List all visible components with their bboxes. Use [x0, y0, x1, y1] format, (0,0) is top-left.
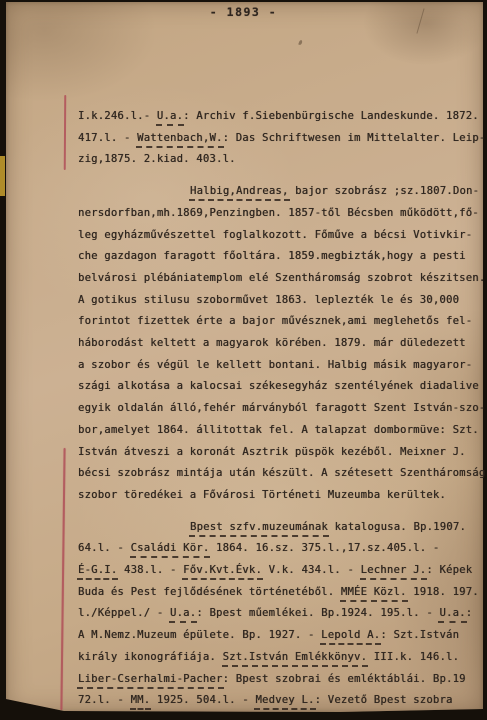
- typewritten-text: I.k.246.l.- U.a.: Archiv f.Siebenbürgisc…: [78, 106, 470, 712]
- scanned-page: - 1893 - I.k.246.l.- U.a.: Archiv f.Sieb…: [0, 0, 487, 720]
- text-line: A M.Nemz.Muzeum épülete. Bp. 1927. - Lep…: [78, 625, 470, 647]
- underlined-text: Bpest szfv.muzeumának: [190, 521, 328, 533]
- underlined-text: Wattenbach,W.: [137, 132, 222, 144]
- underlined-text: É-G.I.: [78, 564, 117, 576]
- paragraph: Bpest szfv.muzeumának katalogusa. Bp.190…: [78, 517, 470, 712]
- text-line: 72.l. - MM. 1925. 504.l. - Medvey L.: Ve…: [78, 690, 470, 712]
- text-line: 417.l. - Wattenbach,W.: Das Schriftwesen…: [78, 128, 470, 150]
- underlined-text: Liber-Cserhalmi-Pacher: [78, 673, 223, 685]
- text-line: forintot fizettek érte a bajor művésznek…: [78, 311, 470, 333]
- text-line: É-G.I. 438.l. - Főv.Kvt.Évk. V.k. 434.l.…: [78, 560, 470, 582]
- underlined-text: Főv.Kvt.Évk.: [183, 564, 262, 576]
- text-line: che gazdagon faragott főoltára. 1859.meg…: [78, 246, 470, 268]
- underlined-text: MMÉE Közl.: [341, 586, 407, 598]
- underlined-text: U.a.: [157, 110, 183, 122]
- text-line: belvárosi plébániatemplom elé Szenthárom…: [78, 268, 470, 290]
- underlined-text: MM.: [131, 694, 151, 706]
- underlined-text: Szt.István Emlékkönyv.: [223, 651, 368, 663]
- text-line: Liber-Cserhalmi-Pacher: Bpest szobrai és…: [78, 669, 470, 691]
- text-line: István átveszi a koronát Asztrik püspök …: [78, 442, 470, 464]
- text-line: l./Képpel./ - U.a.: Bpest műemlékei. Bp.…: [78, 603, 470, 625]
- text-line: szobor töredékei a Fővárosi Történeti Mu…: [78, 485, 470, 507]
- text-line: Halbig,Andreas, bajor szobrász ;sz.1807.…: [78, 181, 470, 203]
- text-line: A gotikus stilusu szoborművet 1863. lepl…: [78, 290, 470, 312]
- page-number: - 1893 -: [0, 5, 487, 19]
- text-line: Bpest szfv.muzeumának katalogusa. Bp.190…: [78, 517, 470, 539]
- paragraph: I.k.246.l.- U.a.: Archiv f.Siebenbürgisc…: [78, 106, 470, 171]
- text-line: király ikonográfiája. Szt.István Emlékkö…: [78, 647, 470, 669]
- underlined-text: Medvey L.: [255, 694, 314, 706]
- text-line: bor,amelyet 1864. állitottak fel. A tala…: [78, 420, 470, 442]
- text-line: I.k.246.l.- U.a.: Archiv f.Siebenbürgisc…: [78, 106, 470, 128]
- text-line: egyik oldalán álló,fehér márványból fara…: [78, 398, 470, 420]
- text-line: 64.l. - Családi Kör. 1864. 16.sz. 375.l.…: [78, 538, 470, 560]
- text-line: a szobor és végül le kellett bontani. Ha…: [78, 355, 470, 377]
- underlined-text: U.a.: [170, 607, 196, 619]
- yellow-edge-strip: [0, 156, 5, 196]
- underlined-text: Lechner J.: [361, 564, 427, 576]
- text-line: zig,1875. 2.kiad. 403.l.: [78, 149, 470, 171]
- underlined-text: Halbig,Andreas,: [190, 185, 289, 197]
- underlined-text: U.a.: [439, 607, 465, 619]
- text-line: Buda és Pest fejlődésének történetéből. …: [78, 582, 470, 604]
- text-line: szági alkotása a kalocsai székesegyház s…: [78, 376, 470, 398]
- text-line: bécsi szobrász mintája után készült. A s…: [78, 463, 470, 485]
- paragraph: Halbig,Andreas, bajor szobrász ;sz.1807.…: [78, 181, 470, 507]
- text-line: nersdorfban,mh.1869,Penzingben. 1857-től…: [78, 203, 470, 225]
- underlined-text: Családi Kör.: [131, 542, 210, 554]
- underlined-text: Lepold A.: [321, 629, 380, 641]
- text-line: háborodást keltett a magyarok körében. 1…: [78, 333, 470, 355]
- text-line: leg egyházművészettel foglalkozott. Főmű…: [78, 225, 470, 247]
